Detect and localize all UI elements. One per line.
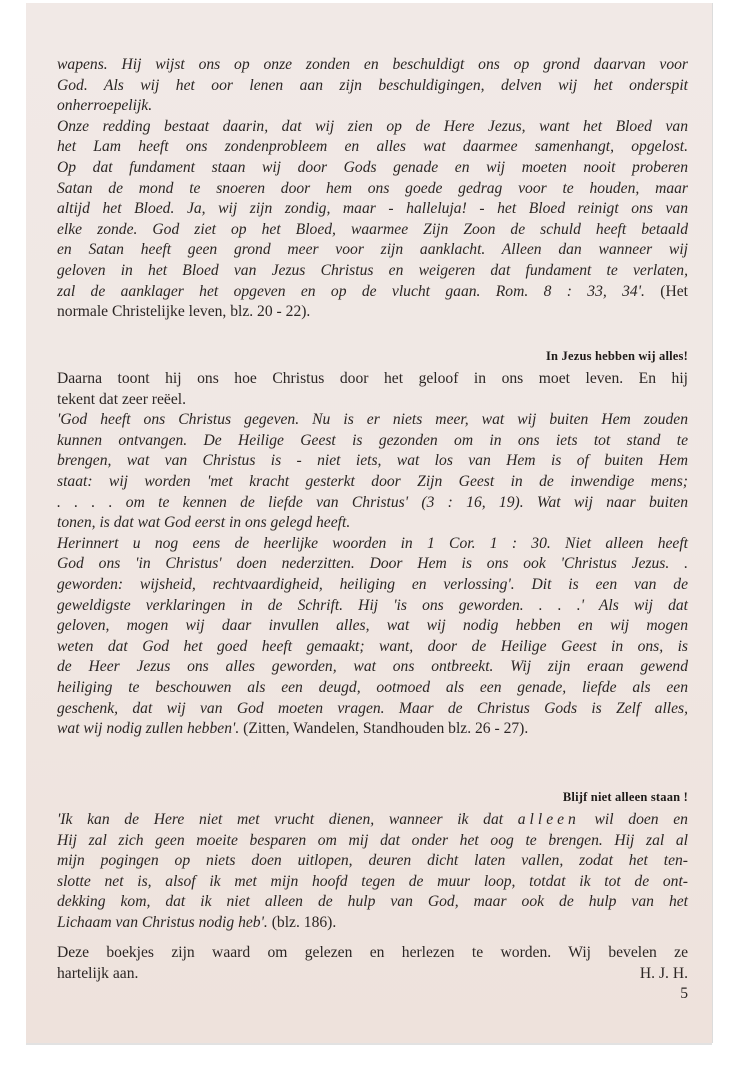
text-line: Hij zal zich geen moeite besparen om mij… bbox=[57, 831, 688, 852]
text-line: tekent dat zeer reëel. bbox=[57, 390, 688, 411]
text-line: Satan de mond te snoeren door hem ons go… bbox=[57, 179, 688, 200]
roman-text: (Het bbox=[645, 283, 688, 300]
text-line: onherroepelijk. bbox=[57, 96, 688, 117]
italic-quote-text: dekking kom, dat ik niet alleen de hulp … bbox=[57, 893, 688, 910]
text-line: God. Als wij het oor lenen aan zijn besc… bbox=[57, 76, 688, 97]
text-line: Daarna toont hij ons hoe Christus door h… bbox=[57, 369, 688, 390]
italic-quote-text: Hij zal zich geen moeite besparen om mij… bbox=[57, 832, 688, 849]
text-line: en Satan heeft geen grond meer voor zijn… bbox=[57, 240, 688, 261]
italic-quote-text: zal de aanklager het opgeven en op de vl… bbox=[57, 283, 645, 300]
italic-quote-text: geloven, mogen wij daar invullen alles, … bbox=[57, 617, 688, 634]
text-line: weten dat God het goed heeft gemaakt; wa… bbox=[57, 637, 688, 658]
text-line: normale Christelijke leven, blz. 20 - 22… bbox=[57, 302, 688, 323]
text-line: elke zonde. God ziet op het Bloed, waarm… bbox=[57, 220, 688, 241]
closing-paragraph: Deze boekjes zijn waard om gelezen en he… bbox=[57, 943, 688, 1005]
text-line: wapens. Hij wijst ons op onze zonden en … bbox=[57, 55, 688, 76]
italic-quote-text: het Lam heeft ons zondenprobleem en alle… bbox=[57, 138, 688, 155]
text-line: altijd het Bloed. Ja, wij zijn zondig, m… bbox=[57, 199, 688, 220]
page-number: 5 bbox=[57, 984, 688, 1005]
italic-quote-text: wapens. Hij wijst ons op onze zonden en … bbox=[57, 56, 688, 73]
italic-quote-text: heiliging te beschouwen als een deugd, o… bbox=[57, 679, 688, 696]
section-heading-blijf-niet-alleen: Blijf niet alleen staan ! bbox=[563, 790, 688, 805]
italic-quote-text: geworden: wijsheid, rechtvaardigheid, he… bbox=[57, 576, 688, 593]
text-line: geloven in het Bloed van Jezus Christus … bbox=[57, 261, 688, 282]
italic-quote-text: Op dat fundament staan wij door Gods gen… bbox=[57, 159, 688, 176]
paragraph-section-1: wapens. Hij wijst ons op onze zonden en … bbox=[57, 55, 688, 323]
text-line: dekking kom, dat ik niet alleen de hulp … bbox=[57, 892, 688, 913]
paragraph-section-3: 'Ik kan de Here niet met vrucht dienen, … bbox=[57, 810, 688, 934]
roman-text: tekent dat zeer reëel. bbox=[57, 391, 186, 408]
text-line: kunnen ontvangen. De Heilige Geest is ge… bbox=[57, 431, 688, 452]
text-line: geweldigste verklaringen in de Schrift. … bbox=[57, 596, 688, 617]
text-line: Herinnert u nog eens de heerlijke woorde… bbox=[57, 534, 688, 555]
closing-line-1: Deze boekjes zijn waard om gelezen en he… bbox=[57, 943, 688, 964]
italic-quote-text: God ons 'in Christus' doen nederzitten. … bbox=[57, 555, 688, 572]
text-line: Onze redding bestaat daarin, dat wij zie… bbox=[57, 117, 688, 138]
italic-quote-text: mijn pogingen op niets doen uitlopen, de… bbox=[57, 852, 688, 869]
roman-text: Daarna toont hij ons hoe Christus door h… bbox=[57, 370, 688, 387]
book-page: wapens. Hij wijst ons op onze zonden en … bbox=[26, 3, 712, 1043]
text-line: staat: wij worden 'met kracht gesterkt d… bbox=[57, 472, 688, 493]
roman-text: (Zitten, Wandelen, Standhouden blz. 26 -… bbox=[239, 720, 528, 737]
italic-quote-text: . . . . om te kennen de liefde van Chris… bbox=[57, 494, 688, 511]
text-line: geworden: wijsheid, rechtvaardigheid, he… bbox=[57, 575, 688, 596]
signature: H. J. H. bbox=[640, 964, 688, 985]
text-line: geschenk, dat wij van God moeten vragen.… bbox=[57, 699, 688, 720]
italic-quote-text: brengen, wat van Christus is - niet iets… bbox=[57, 452, 688, 469]
text-line: 'God heeft ons Christus gegeven. Nu is e… bbox=[57, 410, 688, 431]
text-line: God ons 'in Christus' doen nederzitten. … bbox=[57, 554, 688, 575]
italic-quote-text: geweldigste verklaringen in de Schrift. … bbox=[57, 597, 688, 614]
italic-quote-text: geschenk, dat wij van God moeten vragen.… bbox=[57, 700, 688, 717]
italic-quote-text: Onze redding bestaat daarin, dat wij zie… bbox=[57, 118, 688, 135]
italic-quote-text: slotte net is, alsof ik met mijn hoofd t… bbox=[57, 873, 688, 890]
italic-quote-text: weten dat God het goed heeft gemaakt; wa… bbox=[57, 638, 688, 655]
text-line: wat wij nodig zullen hebben'. (Zitten, W… bbox=[57, 719, 688, 740]
closing-text: hartelijk aan. bbox=[57, 964, 138, 985]
paragraph-section-2: Daarna toont hij ons hoe Christus door h… bbox=[57, 369, 688, 740]
italic-quote-text: en Satan heeft geen grond meer voor zijn… bbox=[57, 241, 688, 258]
text-line: Lichaam van Christus nodig heb'. (blz. 1… bbox=[57, 913, 688, 934]
italic-quote-text: tonen, is dat wat God eerst in ons geleg… bbox=[57, 514, 350, 531]
text-line: tonen, is dat wat God eerst in ons geleg… bbox=[57, 513, 688, 534]
italic-quote-text: kunnen ontvangen. De Heilige Geest is ge… bbox=[57, 432, 688, 449]
text-line: mijn pogingen op niets doen uitlopen, de… bbox=[57, 851, 688, 872]
roman-text: normale Christelijke leven, blz. 20 - 22… bbox=[57, 303, 310, 320]
text-line: het Lam heeft ons zondenprobleem en alle… bbox=[57, 137, 688, 158]
italic-quote-text: wil doen en bbox=[595, 811, 688, 828]
italic-quote-text: geloven in het Bloed van Jezus Christus … bbox=[57, 262, 688, 279]
text-line: de Heer Jezus ons alles geworden, wat on… bbox=[57, 657, 688, 678]
text-line: geloven, mogen wij daar invullen alles, … bbox=[57, 616, 688, 637]
text-line: zal de aanklager het opgeven en op de vl… bbox=[57, 282, 688, 303]
text-line: heiliging te beschouwen als een deugd, o… bbox=[57, 678, 688, 699]
text-line: . . . . om te kennen de liefde van Chris… bbox=[57, 493, 688, 514]
spaced-emphasis-text: alleen bbox=[518, 811, 580, 828]
italic-quote-text: Lichaam van Christus nodig heb'. bbox=[57, 914, 268, 931]
italic-quote-text: staat: wij worden 'met kracht gesterkt d… bbox=[57, 473, 688, 490]
italic-quote-text: de Heer Jezus ons alles geworden, wat on… bbox=[57, 658, 688, 675]
italic-quote-text: elke zonde. God ziet op het Bloed, waarm… bbox=[57, 221, 688, 238]
text-line: Op dat fundament staan wij door Gods gen… bbox=[57, 158, 688, 179]
text-line: brengen, wat van Christus is - niet iets… bbox=[57, 451, 688, 472]
italic-quote-text: Herinnert u nog eens de heerlijke woorde… bbox=[57, 535, 688, 552]
text-line: slotte net is, alsof ik met mijn hoofd t… bbox=[57, 872, 688, 893]
section-heading-in-jezus: In Jezus hebben wij alles! bbox=[546, 349, 688, 364]
closing-line-2: hartelijk aan. H. J. H. bbox=[57, 964, 688, 985]
italic-quote-text: altijd het Bloed. Ja, wij zijn zondig, m… bbox=[57, 200, 688, 217]
italic-quote-text: 'Ik kan de Here niet met vrucht dienen, … bbox=[57, 811, 503, 828]
italic-quote-text: onherroepelijk. bbox=[57, 97, 152, 114]
text-line: 'Ik kan de Here niet met vrucht dienen, … bbox=[57, 810, 688, 831]
italic-quote-text: Satan de mond te snoeren door hem ons go… bbox=[57, 180, 688, 197]
roman-text: (blz. 186). bbox=[268, 914, 336, 931]
italic-quote-text: 'God heeft ons Christus gegeven. Nu is e… bbox=[57, 411, 688, 428]
italic-quote-text: wat wij nodig zullen hebben'. bbox=[57, 720, 239, 737]
italic-quote-text: God. Als wij het oor lenen aan zijn besc… bbox=[57, 77, 688, 94]
